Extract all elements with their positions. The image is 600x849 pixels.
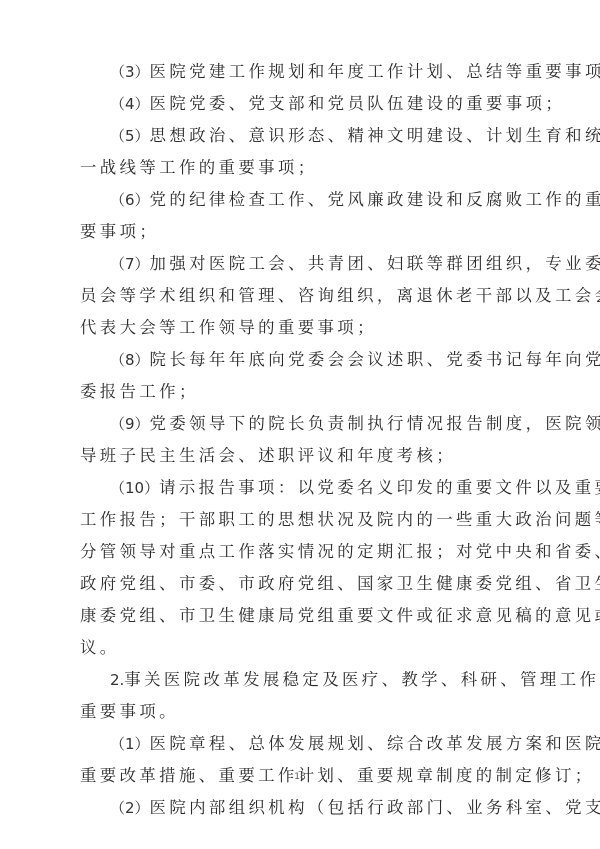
line-text: 一战线等工作的重要事项； — [80, 158, 318, 177]
line-text: 医院党建工作规划和年度工作计划、总结等重要事项； — [150, 62, 600, 81]
line-text: 党的纪律检查工作、党风廉政建设和反腐败工作的重 — [150, 190, 600, 209]
line-text: 分管领导对重点工作落实情况的定期汇报；对党中央和省委、省 — [80, 542, 600, 561]
line-text: 院长每年年底向党委会会议述职、党委书记每年向党 — [150, 350, 600, 369]
line-text: 康委党组、市卫生健康局党组重要文件或征求意见稿的意见或建 — [80, 606, 600, 625]
paragraph-line: 议。 — [80, 632, 522, 664]
line-text: 医院内部组织机构（包括行政部门、业务科室、党支 — [150, 798, 600, 817]
item-number: （10） — [110, 479, 159, 497]
line-text: 导班子民主生活会、述职评议和年度考核； — [80, 446, 456, 465]
paragraph-line: （7）加强对医院工会、共青团、妇联等群团组织，专业委 — [80, 248, 522, 280]
paragraph-line: 政府党组、市委、市政府党组、国家卫生健康委党组、省卫生健 — [80, 568, 522, 600]
paragraph-line: （4）医院党委、党支部和党员队伍建设的重要事项； — [80, 88, 522, 120]
line-text: 员会等学术组织和管理、咨询组织，离退休老干部以及工会会员 — [80, 286, 600, 305]
paragraph-line: 重要事项。 — [80, 696, 522, 728]
line-text: 议。 — [80, 638, 120, 657]
paragraph-line: （10）请示报告事项：以党委名义印发的重要文件以及重要 — [80, 472, 522, 504]
item-number: （6） — [110, 191, 150, 209]
item-number: （7） — [110, 255, 150, 273]
item-number: （9） — [110, 415, 150, 433]
item-number: （1） — [110, 735, 150, 753]
section-number: 2. — [110, 671, 124, 689]
paragraph-line: 要事项； — [80, 216, 522, 248]
paragraph-line: 分管领导对重点工作落实情况的定期汇报；对党中央和省委、省 — [80, 536, 522, 568]
page-number: 18 — [0, 772, 600, 782]
paragraph-line: 工作报告；干部职工的思想状况及院内的一些重大政治问题等； — [80, 504, 522, 536]
paragraph-line: 康委党组、市卫生健康局党组重要文件或征求意见稿的意见或建 — [80, 600, 522, 632]
paragraph-line: 一战线等工作的重要事项； — [80, 152, 522, 184]
section-heading-line: 2.事关医院改革发展稳定及医疗、教学、科研、管理工作的 — [80, 664, 522, 696]
line-text: 政府党组、市委、市政府党组、国家卫生健康委党组、省卫生健 — [80, 574, 600, 593]
line-text: 医院章程、总体发展规划、综合改革发展方案和医院 — [150, 734, 600, 753]
line-text: 要事项； — [80, 222, 159, 241]
document-page-body: （3）医院党建工作规划和年度工作计划、总结等重要事项； （4）医院党委、党支部和… — [80, 56, 522, 824]
line-text: 工作报告；干部职工的思想状况及院内的一些重大政治问题等； — [80, 510, 600, 529]
line-text: 医院党委、党支部和党员队伍建设的重要事项； — [150, 94, 566, 113]
line-text: 党委领导下的院长负责制执行情况报告制度，医院领 — [150, 414, 600, 433]
paragraph-line: （8）院长每年年底向党委会会议述职、党委书记每年向党 — [80, 344, 522, 376]
line-text: 请示报告事项：以党委名义印发的重要文件以及重要 — [159, 478, 600, 497]
item-number: （4） — [110, 95, 150, 113]
paragraph-line: （3）医院党建工作规划和年度工作计划、总结等重要事项； — [80, 56, 522, 88]
paragraph-line: （5）思想政治、意识形态、精神文明建设、计划生育和统 — [80, 120, 522, 152]
paragraph-line: 委报告工作； — [80, 376, 522, 408]
line-text: 加强对医院工会、共青团、妇联等群团组织，专业委 — [150, 254, 600, 273]
paragraph-line: 员会等学术组织和管理、咨询组织，离退休老干部以及工会会员 — [80, 280, 522, 312]
line-text: 事关医院改革发展稳定及医疗、教学、科研、管理工作的 — [124, 670, 600, 689]
line-text: 重要事项。 — [80, 702, 179, 721]
line-text: 委报告工作； — [80, 382, 199, 401]
paragraph-line: 导班子民主生活会、述职评议和年度考核； — [80, 440, 522, 472]
item-number: （8） — [110, 351, 150, 369]
line-text: 思想政治、意识形态、精神文明建设、计划生育和统 — [150, 126, 600, 145]
paragraph-line: （1）医院章程、总体发展规划、综合改革发展方案和医院 — [80, 728, 522, 760]
paragraph-line: （2）医院内部组织机构（包括行政部门、业务科室、党支 — [80, 792, 522, 824]
paragraph-line: 代表大会等工作领导的重要事项； — [80, 312, 522, 344]
item-number: （2） — [110, 799, 150, 817]
item-number: （3） — [110, 63, 150, 81]
paragraph-line: （6）党的纪律检查工作、党风廉政建设和反腐败工作的重 — [80, 184, 522, 216]
paragraph-line: （9）党委领导下的院长负责制执行情况报告制度，医院领 — [80, 408, 522, 440]
item-number: （5） — [110, 127, 150, 145]
line-text: 代表大会等工作领导的重要事项； — [80, 318, 377, 337]
